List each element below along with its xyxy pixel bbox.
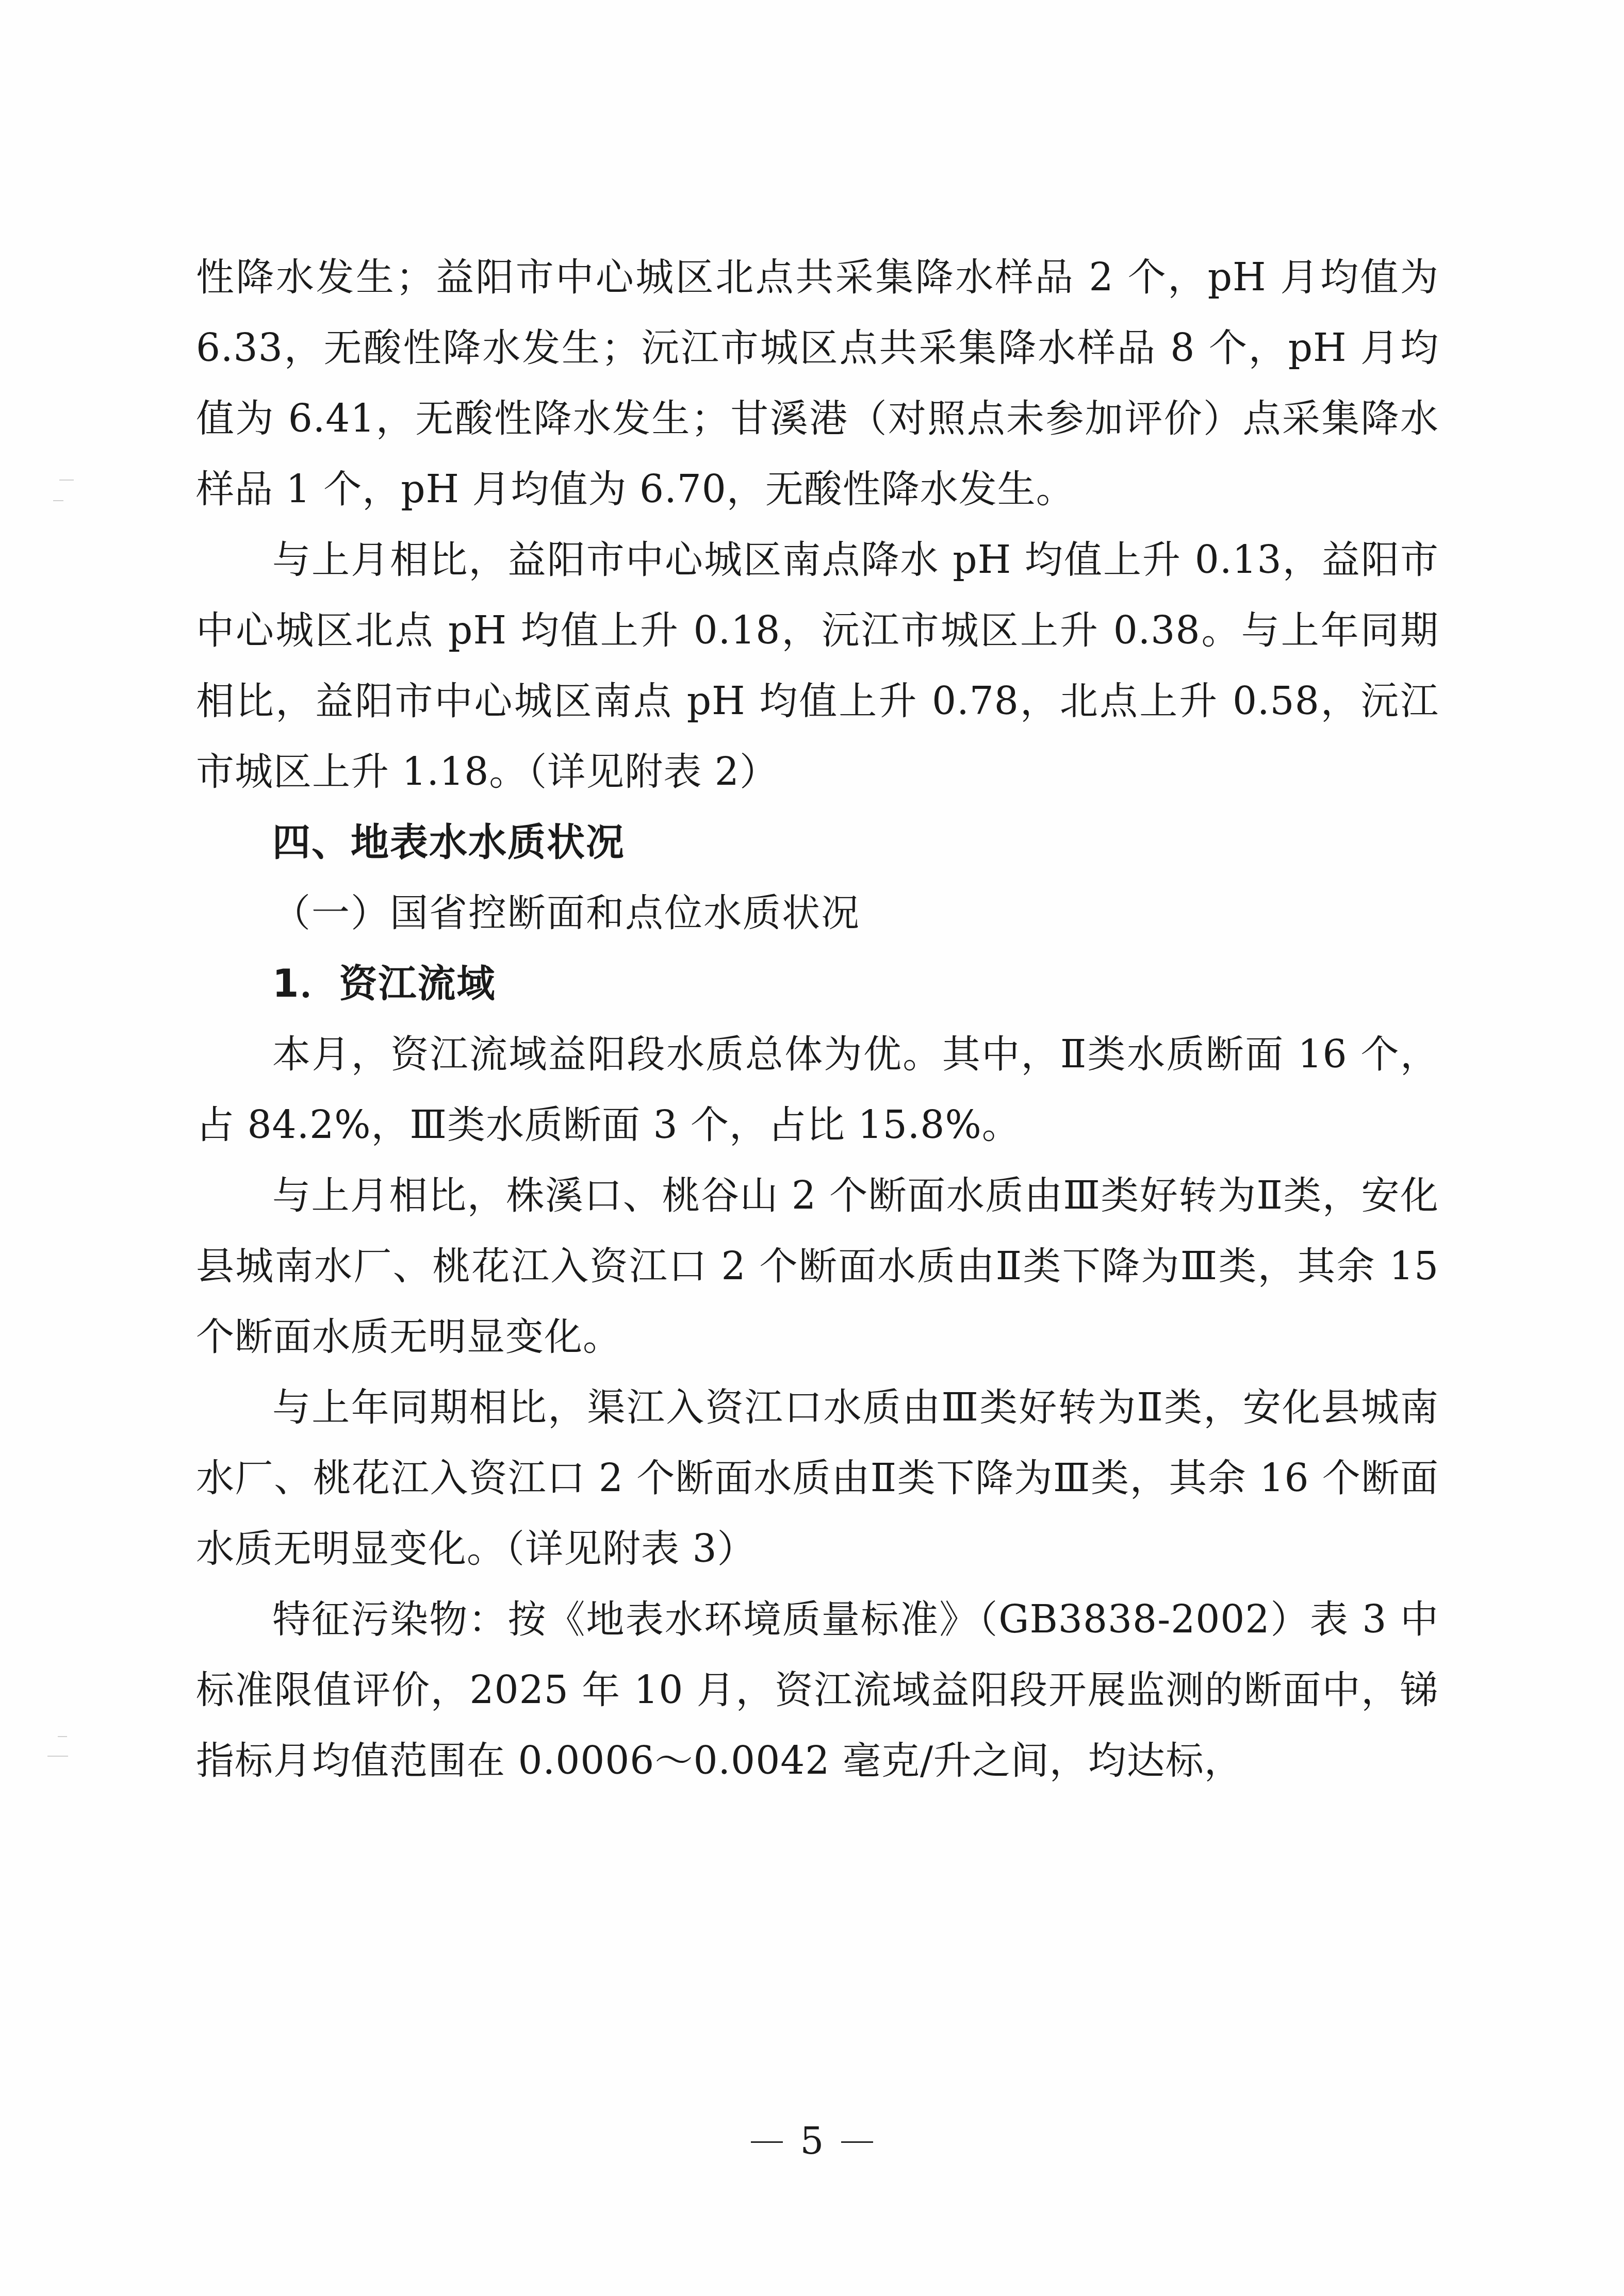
paragraph-acid-rain-samples: 性降水发生；益阳市中心城区北点共采集降水样品 2 个，pH 月均值为 6.33，… <box>196 242 1439 525</box>
page-number: 5 <box>800 2119 824 2162</box>
footer-dash-left <box>751 2141 783 2143</box>
subsubsection-heading-zijiang-basin: 1．资江流域 <box>196 949 1439 1019</box>
page-footer: 5 <box>0 2119 1624 2162</box>
paragraph-water-quality-summary: 本月，资江流域益阳段水质总体为优。其中，Ⅱ类水质断面 16 个，占 84.2%，… <box>196 1019 1439 1161</box>
paragraph-month-comparison: 与上月相比，株溪口、桃谷山 2 个断面水质由Ⅲ类好转为Ⅱ类，安化县城南水厂、桃花… <box>196 1161 1439 1373</box>
scan-artifact <box>58 1736 67 1737</box>
section-heading-surface-water: 四、地表水水质状况 <box>196 807 1439 878</box>
document-page: 性降水发生；益阳市中心城区北点共采集降水样品 2 个，pH 月均值为 6.33，… <box>0 0 1624 2296</box>
scan-artifact <box>47 1756 68 1757</box>
subsection-heading-monitoring-sections: （一）国省控断面和点位水质状况 <box>196 878 1439 949</box>
paragraph-ph-comparison: 与上月相比，益阳市中心城区南点降水 pH 均值上升 0.13，益阳市中心城区北点… <box>196 525 1439 807</box>
scan-artifact <box>53 500 63 501</box>
paragraph-year-comparison: 与上年同期相比，渠江入资江口水质由Ⅲ类好转为Ⅱ类，安化县城南水厂、桃花江入资江口… <box>196 1373 1439 1584</box>
footer-dash-right <box>841 2141 873 2143</box>
scan-artifact <box>59 480 74 481</box>
paragraph-characteristic-pollutants: 特征污染物：按《地表水环境质量标准》（GB3838-2002）表 3 中标准限值… <box>196 1584 1439 1796</box>
document-body: 性降水发生；益阳市中心城区北点共采集降水样品 2 个，pH 月均值为 6.33，… <box>196 242 1439 1796</box>
